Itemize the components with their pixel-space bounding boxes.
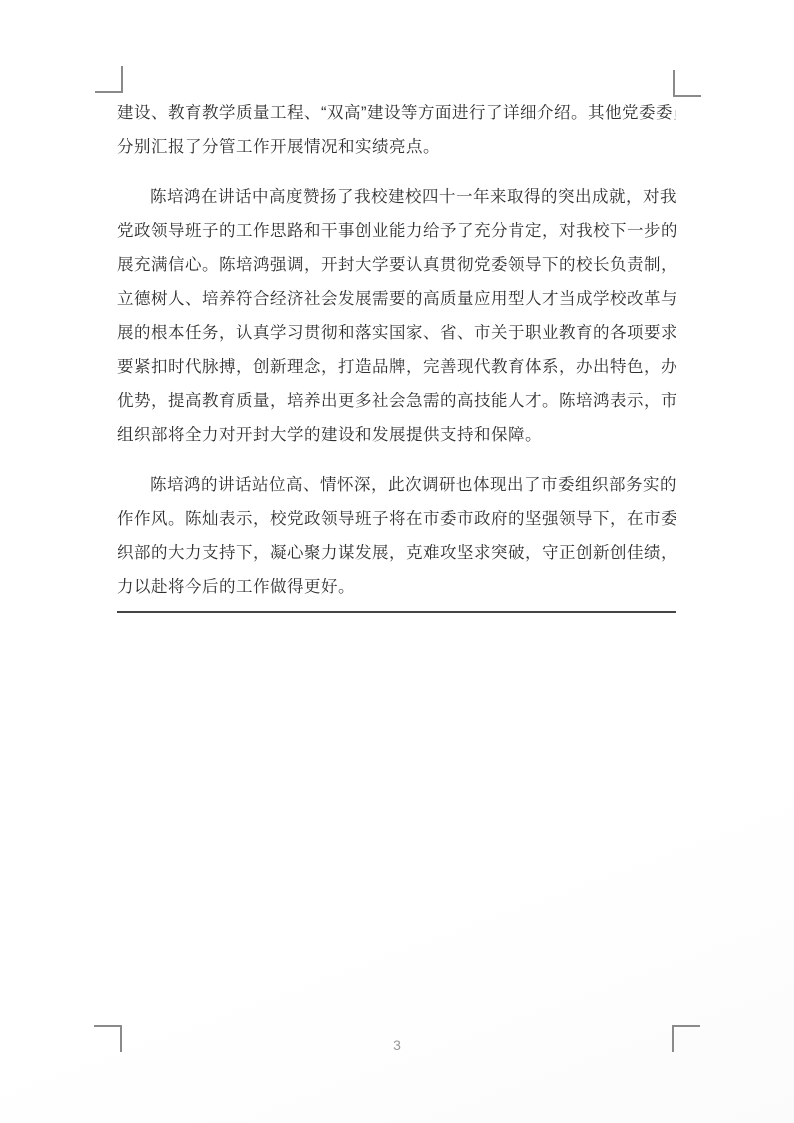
text-line: 展的根本任务，认真学习贯彻和落实国家、省、市关于职业教育的各项要求，	[117, 316, 676, 350]
crop-mark-top-right-icon	[673, 70, 701, 97]
paragraph-1: 建设、教育教学质量工程、“双高”建设等方面进行了详细介绍。其他党委委员 分别汇报…	[117, 96, 676, 164]
paragraph-2: 陈培鸿在讲话中高度赞扬了我校建校四十一年来取得的突出成就，对我校 党政领导班子的…	[117, 180, 676, 452]
crop-mark-top-left-icon	[95, 66, 123, 93]
paragraph-3: 陈培鸿的讲话站位高、情怀深，此次调研也体现出了市委组织部务实的工 作作风。陈灿表…	[117, 468, 676, 604]
text-line: 组织部将全力对开封大学的建设和发展提供支持和保障。	[117, 418, 676, 452]
text-line: 建设、教育教学质量工程、“双高”建设等方面进行了详细介绍。其他党委委员	[117, 96, 676, 130]
document-page: 建设、教育教学质量工程、“双高”建设等方面进行了详细介绍。其他党委委员 分别汇报…	[0, 0, 794, 1123]
document-body: 建设、教育教学质量工程、“双高”建设等方面进行了详细介绍。其他党委委员 分别汇报…	[117, 96, 676, 604]
text-line: 要紧扣时代脉搏，创新理念，打造品牌，完善现代教育体系，办出特色，办出	[117, 350, 676, 384]
page-number: 3	[0, 1037, 794, 1053]
text-line: 分别汇报了分管工作开展情况和实绩亮点。	[117, 130, 676, 164]
text-line: 作作风。陈灿表示，校党政领导班子将在市委市政府的坚强领导下，在市委组	[117, 502, 676, 536]
text-line: 织部的大力支持下，凝心聚力谋发展，克难攻坚求突破，守正创新创佳绩，全	[117, 536, 676, 570]
text-line: 力以赴将今后的工作做得更好。	[117, 570, 676, 604]
text-line: 党政领导班子的工作思路和干事创业能力给予了充分肯定，对我校下一步的发	[117, 214, 676, 248]
closing-rule	[117, 611, 676, 613]
text-line: 展充满信心。陈培鸿强调，开封大学要认真贯彻党委领导下的校长负责制，把	[117, 248, 676, 282]
text-line: 立德树人、培养符合经济社会发展需要的高质量应用型人才当成学校改革与发	[117, 282, 676, 316]
text-line: 优势，提高教育质量，培养出更多社会急需的高技能人才。陈培鸿表示，市委	[117, 384, 676, 418]
text-line: 陈培鸿在讲话中高度赞扬了我校建校四十一年来取得的突出成就，对我校	[117, 180, 676, 214]
text-line: 陈培鸿的讲话站位高、情怀深，此次调研也体现出了市委组织部务实的工	[117, 468, 676, 502]
